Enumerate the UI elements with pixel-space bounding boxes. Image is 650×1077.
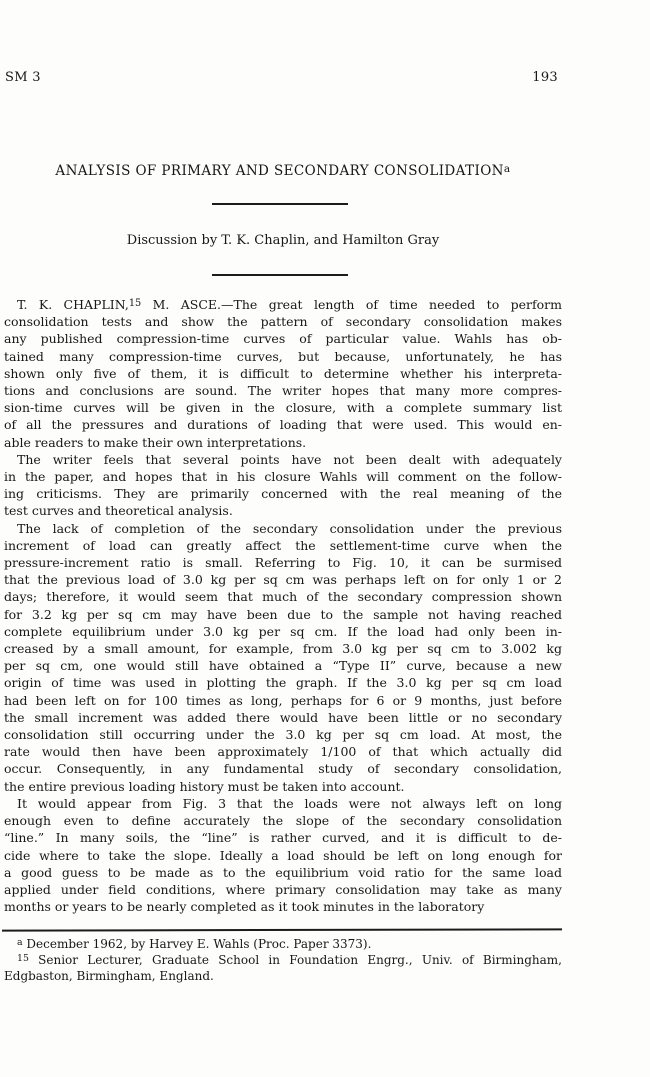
text-line: ing criticisms. They are primarily conce… — [4, 485, 562, 502]
text-line: “line.” In many soils, the “line” is rat… — [4, 829, 562, 846]
text-line: occur. Consequently, in any fundamental … — [4, 760, 562, 777]
text-line: sion-time curves will be given in the cl… — [4, 399, 562, 416]
text-line: had been left on for 100 times as long, … — [4, 692, 562, 709]
text-line: pressure-increment ratio is small. Refer… — [4, 554, 562, 571]
text-line: It would appear from Fig. 3 that the loa… — [4, 795, 562, 812]
text-line: per sq cm, one would still have obtained… — [4, 657, 562, 674]
text-line: a December 1962, by Harvey E. Wahls (Pro… — [4, 936, 562, 952]
document-page: SM 3 193 ANALYSIS OF PRIMARY AND SECONDA… — [0, 0, 650, 1077]
text-line: the entire previous loading history must… — [4, 778, 562, 795]
title-divider — [212, 203, 348, 205]
text-line: in the paper, and hopes that in his clos… — [4, 468, 562, 485]
text-line: tions and conclusions are sound. The wri… — [4, 382, 562, 399]
running-header: SM 3 193 — [5, 70, 558, 85]
footnote-divider — [2, 928, 562, 931]
text-line: creased by a small amount, for example, … — [4, 640, 562, 657]
text-line: 15 Senior Lecturer, Graduate School in F… — [4, 952, 562, 968]
discussion-byline: Discussion by T. K. Chaplin, and Hamilto… — [4, 233, 562, 248]
text-line: consolidation still occurring under the … — [4, 726, 562, 743]
text-line: months or years to be nearly completed a… — [4, 898, 562, 915]
paragraph: The lack of completion of the secondary … — [4, 520, 562, 795]
text-line: The writer feels that several points hav… — [4, 451, 562, 468]
text-line: for 3.2 kg per sq cm may have been due t… — [4, 606, 562, 623]
article-body: T. K. CHAPLIN,15 M. ASCE.—The great leng… — [4, 296, 562, 915]
text-line: able readers to make their own interpret… — [4, 434, 562, 451]
text-line: rate would then have been approximately … — [4, 743, 562, 760]
text-line: Edgbaston, Birmingham, England. — [4, 968, 562, 984]
text-line: days; therefore, it would seem that much… — [4, 588, 562, 605]
text-line: that the previous load of 3.0 kg per sq … — [4, 571, 562, 588]
footnote: 15 Senior Lecturer, Graduate School in F… — [4, 952, 562, 984]
paragraph: The writer feels that several points hav… — [4, 451, 562, 520]
paragraph: It would appear from Fig. 3 that the loa… — [4, 795, 562, 915]
byline-divider — [212, 274, 348, 276]
text-line: complete equilibrium under 3.0 kg per sq… — [4, 623, 562, 640]
text-line: the small increment was added there woul… — [4, 709, 562, 726]
text-line: enough even to define accurately the slo… — [4, 812, 562, 829]
article-title: ANALYSIS OF PRIMARY AND SECONDARY CONSOL… — [4, 163, 562, 179]
page-number: 193 — [532, 70, 558, 85]
text-line: a good guess to be made as to the equili… — [4, 864, 562, 881]
footnote: a December 1962, by Harvey E. Wahls (Pro… — [4, 936, 562, 952]
text-line: shown only five of them, it is difficult… — [4, 365, 562, 382]
footnotes: a December 1962, by Harvey E. Wahls (Pro… — [4, 936, 562, 985]
text-line: cide where to take the slope. Ideally a … — [4, 847, 562, 864]
text-line: consolidation tests and show the pattern… — [4, 313, 562, 330]
text-line: origin of time was used in plotting the … — [4, 674, 562, 691]
paragraph: T. K. CHAPLIN,15 M. ASCE.—The great leng… — [4, 296, 562, 451]
text-line: increment of load can greatly affect the… — [4, 537, 562, 554]
text-line: The lack of completion of the secondary … — [4, 520, 562, 537]
text-line: any published compression-time curves of… — [4, 330, 562, 347]
text-line: of all the pressures and durations of lo… — [4, 416, 562, 433]
text-line: applied under field conditions, where pr… — [4, 881, 562, 898]
text-line: T. K. CHAPLIN,15 M. ASCE.—The great leng… — [4, 296, 562, 313]
text-line: test curves and theoretical analysis. — [4, 502, 562, 519]
journal-issue-code: SM 3 — [5, 70, 41, 85]
text-line: tained many compression-time curves, but… — [4, 348, 562, 365]
